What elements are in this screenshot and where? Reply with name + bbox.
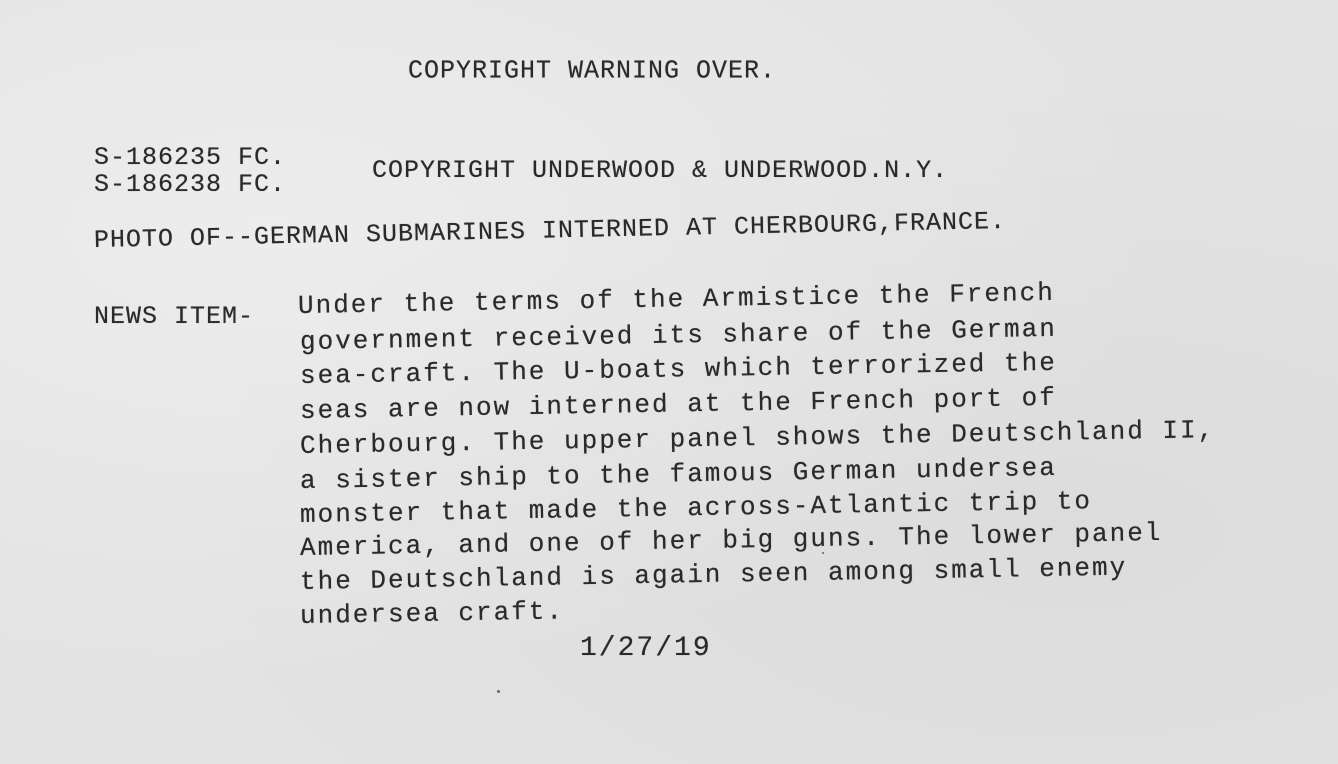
reference-number-1: S-186235 FC.: [94, 143, 286, 172]
copyright-line: COPYRIGHT UNDERWOOD & UNDERWOOD.N.Y.: [372, 156, 948, 185]
photo-description: PHOTO OF--GERMAN SUBMARINES INTERNED AT …: [94, 207, 1007, 255]
caption-date: 1/27/19: [580, 633, 712, 664]
news-item-line: Under the terms of the Armistice the Fre…: [298, 278, 1055, 321]
news-item-line: undersea craft.: [300, 596, 565, 631]
photo-caption-paper: COPYRIGHT WARNING OVER. S-186235 FC. S-1…: [0, 0, 1338, 764]
news-item-label: NEWS ITEM-: [94, 302, 254, 331]
reference-number-2: S-186238 FC.: [94, 170, 286, 199]
copyright-warning-heading: COPYRIGHT WARNING OVER.: [408, 55, 776, 85]
paper-speck: [822, 552, 824, 554]
paper-speck: [497, 690, 500, 693]
